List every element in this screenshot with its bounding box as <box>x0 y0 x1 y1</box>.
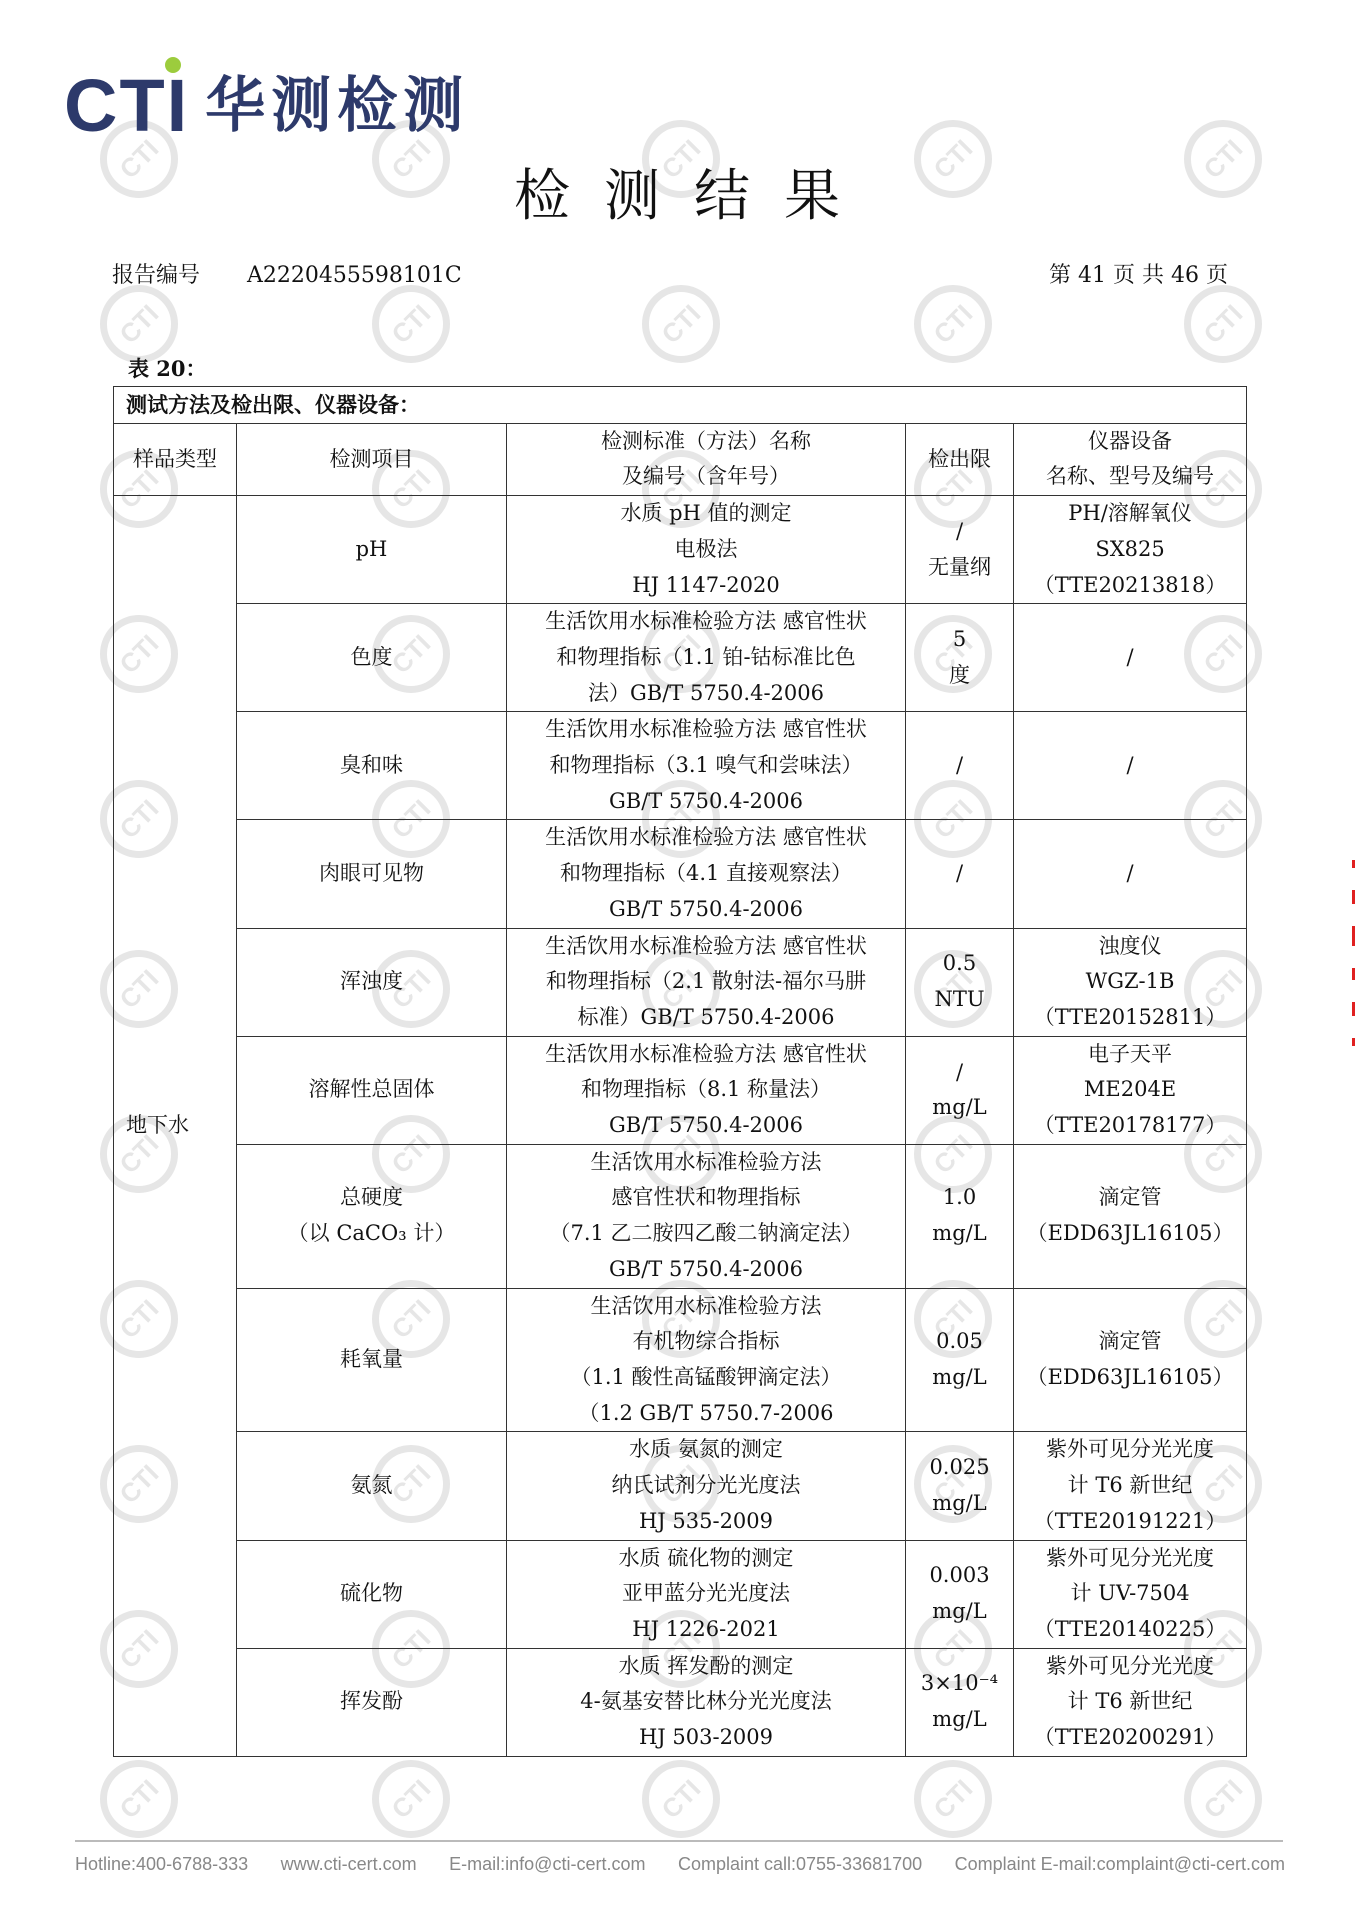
instrument-cell-line: 电子天平 <box>1018 1037 1242 1073</box>
standard-cell-line: 水质 氨氮的测定 <box>511 1432 901 1468</box>
limit-cell: / <box>906 820 1014 928</box>
standard-cell-line: HJ 1147-2020 <box>511 568 901 604</box>
instrument-cell-line: 紫外可见分光光度 <box>1018 1541 1242 1577</box>
standard-cell: 生活饮用水标准检验方法 感官性状和物理指标（4.1 直接观察法）GB/T 575… <box>507 820 906 928</box>
standard-cell-line: 生活饮用水标准检验方法 感官性状 <box>511 929 901 965</box>
limit-cell-line: 0.025 <box>910 1450 1009 1486</box>
cti-watermark-icon: CTI <box>898 269 1008 379</box>
item-cell: 浑浊度 <box>237 928 507 1036</box>
limit-cell: 5度 <box>906 604 1014 712</box>
limit-cell-line: 度 <box>910 658 1009 694</box>
footer-website[interactable]: www.cti-cert.com <box>281 1854 417 1875</box>
limit-cell-line: 0.5 <box>910 946 1009 982</box>
instrument-cell-line: 计 T6 新世纪 <box>1018 1468 1242 1504</box>
item-cell-line: 挥发酚 <box>241 1684 502 1720</box>
table-row: 地下水pH水质 pH 值的测定电极法HJ 1147-2020/无量纲PH/溶解氧… <box>114 496 1247 604</box>
standard-cell: 水质 氨氮的测定纳氏试剂分光光度法HJ 535-2009 <box>507 1432 906 1540</box>
company-logo: CTI 华测检测 <box>64 70 469 142</box>
instrument-cell-line: / <box>1018 748 1242 784</box>
instrument-cell-line: WGZ-1B <box>1018 964 1242 1000</box>
item-cell-line: 色度 <box>241 640 502 676</box>
instrument-cell-line: ME204E <box>1018 1072 1242 1108</box>
instrument-cell-line: SX825 <box>1018 532 1242 568</box>
instrument-cell: / <box>1014 820 1247 928</box>
instrument-cell-line: （TTE20152811） <box>1018 1000 1242 1036</box>
standard-cell-line: 水质 硫化物的测定 <box>511 1541 901 1577</box>
limit-cell-line: 无量纲 <box>910 550 1009 586</box>
limit-cell: 1.0mg/L <box>906 1144 1014 1288</box>
instrument-cell-line: （TTE20191221） <box>1018 1504 1242 1540</box>
cti-watermark-icon: CTI <box>626 269 736 379</box>
instrument-cell-line: （EDD63JL16105） <box>1018 1360 1242 1396</box>
standard-cell-line: （7.1 乙二胺四乙酸二钠滴定法） <box>511 1216 901 1252</box>
instrument-cell: 滴定管（EDD63JL16105） <box>1014 1288 1247 1432</box>
cti-watermark-icon: CTI <box>626 1744 736 1854</box>
header-standard-line: 及编号（含年号） <box>511 459 901 495</box>
limit-cell-line: / <box>910 1055 1009 1091</box>
instrument-cell-line: PH/溶解氧仪 <box>1018 496 1242 532</box>
instrument-cell: 紫外可见分光光度计 T6 新世纪（TTE20191221） <box>1014 1432 1247 1540</box>
instrument-cell: 紫外可见分光光度计 UV-7504（TTE20140225） <box>1014 1540 1247 1648</box>
standard-cell-line: 生活饮用水标准检验方法 <box>511 1145 901 1181</box>
standard-cell-line: GB/T 5750.4-2006 <box>511 1252 901 1288</box>
instrument-cell-line: 滴定管 <box>1018 1180 1242 1216</box>
limit-cell-line: / <box>910 748 1009 784</box>
footer-divider <box>75 1840 1283 1842</box>
table-row: 挥发酚水质 挥发酚的测定4-氨基安替比林分光光度法HJ 503-20093×10… <box>114 1648 1247 1756</box>
standard-cell-line: 生活饮用水标准检验方法 感官性状 <box>511 604 901 640</box>
standard-cell: 生活饮用水标准检验方法 感官性状和物理指标（2.1 散射法-福尔马肼标准）GB/… <box>507 928 906 1036</box>
standard-cell-line: 和物理指标（2.1 散射法-福尔马肼 <box>511 964 901 1000</box>
instrument-cell-line: 计 T6 新世纪 <box>1018 1684 1242 1720</box>
sample-type-cell: 地下水 <box>114 496 237 1757</box>
header-standard-line: 检测标准（方法）名称 <box>511 424 901 460</box>
standard-cell-line: 生活饮用水标准检验方法 感官性状 <box>511 712 901 748</box>
instrument-cell-line: / <box>1018 640 1242 676</box>
logo-dot-icon <box>165 57 181 73</box>
cti-watermark-icon: CTI <box>84 1744 194 1854</box>
item-cell-line: 浑浊度 <box>241 964 502 1000</box>
table-row: 色度生活饮用水标准检验方法 感官性状和物理指标（1.1 铂-钴标准比色法）GB/… <box>114 604 1247 712</box>
instrument-cell: 电子天平ME204E（TTE20178177） <box>1014 1036 1247 1144</box>
limit-cell-line: 5 <box>910 622 1009 658</box>
header-item: 检测项目 <box>237 423 507 495</box>
item-cell: 总硬度（以 CaCO₃ 计） <box>237 1144 507 1288</box>
cti-watermark-icon: CTI <box>356 1744 466 1854</box>
report-number: 报告编号 A2220455598101C <box>112 258 462 289</box>
limit-cell: /mg/L <box>906 1036 1014 1144</box>
standard-cell-line: HJ 1226-2021 <box>511 1612 901 1648</box>
logo-chinese-text: 华测检测 <box>205 76 469 136</box>
logo-cti-text: CTI <box>64 69 189 143</box>
standard-cell-line: GB/T 5750.4-2006 <box>511 1108 901 1144</box>
instrument-cell: 浊度仪WGZ-1B（TTE20152811） <box>1014 928 1247 1036</box>
limit-cell-line: 0.003 <box>910 1558 1009 1594</box>
standard-cell-line: 亚甲蓝分光光度法 <box>511 1576 901 1612</box>
standard-cell: 水质 pH 值的测定电极法HJ 1147-2020 <box>507 496 906 604</box>
instrument-cell: 滴定管（EDD63JL16105） <box>1014 1144 1247 1288</box>
standard-cell: 生活饮用水标准检验方法感官性状和物理指标（7.1 乙二胺四乙酸二钠滴定法）GB/… <box>507 1144 906 1288</box>
standard-cell: 水质 挥发酚的测定4-氨基安替比林分光光度法HJ 503-2009 <box>507 1648 906 1756</box>
standard-cell-line: HJ 503-2009 <box>511 1720 901 1756</box>
instrument-cell-line: （TTE20178177） <box>1018 1108 1242 1144</box>
item-cell-line: 耗氧量 <box>241 1342 502 1378</box>
limit-cell-line: / <box>910 856 1009 892</box>
instrument-cell-line: / <box>1018 856 1242 892</box>
instrument-cell-line: （TTE20213818） <box>1018 568 1242 604</box>
standard-cell-line: 生活饮用水标准检验方法 感官性状 <box>511 820 901 856</box>
table-row: 溶解性总固体生活饮用水标准检验方法 感官性状和物理指标（8.1 称量法）GB/T… <box>114 1036 1247 1144</box>
instrument-cell-line: （EDD63JL16105） <box>1018 1216 1242 1252</box>
limit-cell: 0.5NTU <box>906 928 1014 1036</box>
item-cell: 溶解性总固体 <box>237 1036 507 1144</box>
cti-watermark-icon: CTI <box>1168 1744 1278 1854</box>
limit-cell-line: mg/L <box>910 1216 1009 1252</box>
standard-cell-line: 和物理指标（4.1 直接观察法） <box>511 856 901 892</box>
instrument-cell: / <box>1014 712 1247 820</box>
standard-cell-line: GB/T 5750.4-2006 <box>511 892 901 928</box>
limit-cell: 0.05mg/L <box>906 1288 1014 1432</box>
item-cell: 耗氧量 <box>237 1288 507 1432</box>
standard-cell-line: 生活饮用水标准检验方法 <box>511 1289 901 1325</box>
footer-complaint-email[interactable]: Complaint E-mail:complaint@cti-cert.com <box>955 1854 1285 1875</box>
standard-cell-line: 水质 挥发酚的测定 <box>511 1649 901 1685</box>
standard-cell: 生活饮用水标准检验方法 感官性状和物理指标（8.1 称量法）GB/T 5750.… <box>507 1036 906 1144</box>
table-row: 浑浊度生活饮用水标准检验方法 感官性状和物理指标（2.1 散射法-福尔马肼标准）… <box>114 928 1247 1036</box>
header-instrument: 仪器设备 名称、型号及编号 <box>1014 423 1247 495</box>
footer-complaint-call: Complaint call:0755-33681700 <box>678 1854 922 1875</box>
limit-cell-line: 0.05 <box>910 1324 1009 1360</box>
instrument-cell-line: 紫外可见分光光度 <box>1018 1649 1242 1685</box>
instrument-cell: 紫外可见分光光度计 T6 新世纪（TTE20200291） <box>1014 1648 1247 1756</box>
limit-cell: /无量纲 <box>906 496 1014 604</box>
item-cell: 挥发酚 <box>237 1648 507 1756</box>
header-instrument-line: 名称、型号及编号 <box>1018 459 1242 495</box>
standard-cell: 生活饮用水标准检验方法有机物综合指标（1.1 酸性高锰酸钾滴定法）（1.2 GB… <box>507 1288 906 1432</box>
table-row: 总硬度（以 CaCO₃ 计）生活饮用水标准检验方法感官性状和物理指标（7.1 乙… <box>114 1144 1247 1288</box>
standard-cell-line: 有机物综合指标 <box>511 1324 901 1360</box>
table-caption: 表 20： <box>128 353 207 383</box>
instrument-cell-line: （TTE20140225） <box>1018 1612 1242 1648</box>
limit-cell-line: mg/L <box>910 1486 1009 1522</box>
standard-cell-line: 水质 pH 值的测定 <box>511 496 901 532</box>
limit-cell-line: 1.0 <box>910 1180 1009 1216</box>
limit-cell-line: NTU <box>910 982 1009 1018</box>
footer: Hotline:400-6788-333 www.cti-cert.com E-… <box>75 1854 1285 1875</box>
instrument-cell-line: 滴定管 <box>1018 1324 1242 1360</box>
standard-cell: 生活饮用水标准检验方法 感官性状和物理指标（1.1 铂-钴标准比色法）GB/T … <box>507 604 906 712</box>
seal-edge-marks <box>1352 860 1355 1068</box>
footer-email[interactable]: E-mail:info@cti-cert.com <box>449 1854 645 1875</box>
instrument-cell-line: （TTE20200291） <box>1018 1720 1242 1756</box>
standard-cell: 水质 硫化物的测定亚甲蓝分光光度法HJ 1226-2021 <box>507 1540 906 1648</box>
standard-cell-line: 标准）GB/T 5750.4-2006 <box>511 1000 901 1036</box>
limit-cell: 0.003mg/L <box>906 1540 1014 1648</box>
item-cell-line: 氨氮 <box>241 1468 502 1504</box>
report-number-label: 报告编号 <box>112 263 200 288</box>
limit-cell-line: / <box>910 514 1009 550</box>
item-cell-line: 溶解性总固体 <box>241 1072 502 1108</box>
limit-cell: 3×10⁻⁴mg/L <box>906 1648 1014 1756</box>
instrument-cell-line: 浊度仪 <box>1018 929 1242 965</box>
standard-cell-line: 4-氨基安替比林分光光度法 <box>511 1684 901 1720</box>
item-cell-line: pH <box>241 532 502 568</box>
standard-cell-line: 感官性状和物理指标 <box>511 1180 901 1216</box>
footer-hotline: Hotline:400-6788-333 <box>75 1854 248 1875</box>
standard-cell-line: （1.2 GB/T 5750.7-2006 <box>511 1396 901 1432</box>
limit-cell: 0.025mg/L <box>906 1432 1014 1540</box>
table-row: 氨氮水质 氨氮的测定纳氏试剂分光光度法HJ 535-20090.025mg/L紫… <box>114 1432 1247 1540</box>
item-cell-line: （以 CaCO₃ 计） <box>241 1216 502 1252</box>
cti-watermark-icon: CTI <box>898 1744 1008 1854</box>
item-cell: 臭和味 <box>237 712 507 820</box>
item-cell: 色度 <box>237 604 507 712</box>
item-cell-line: 硫化物 <box>241 1576 502 1612</box>
instrument-cell-line: 紫外可见分光光度 <box>1018 1432 1242 1468</box>
standard-cell-line: 生活饮用水标准检验方法 感官性状 <box>511 1037 901 1073</box>
header-standard: 检测标准（方法）名称 及编号（含年号） <box>507 423 906 495</box>
page-title: 检测结果 <box>0 152 1358 232</box>
item-cell-line: 总硬度 <box>241 1180 502 1216</box>
methods-table: 测试方法及检出限、仪器设备： 样品类型 检测项目 检测标准（方法）名称 及编号（… <box>113 386 1247 1757</box>
standard-cell-line: 纳氏试剂分光光度法 <box>511 1468 901 1504</box>
standard-cell-line: 和物理指标（1.1 铂-钴标准比色 <box>511 640 901 676</box>
item-cell: 氨氮 <box>237 1432 507 1540</box>
standard-cell-line: 和物理指标（3.1 嗅气和尝味法） <box>511 748 901 784</box>
item-cell: pH <box>237 496 507 604</box>
standard-cell-line: 电极法 <box>511 532 901 568</box>
table-row: 肉眼可见物生活饮用水标准检验方法 感官性状和物理指标（4.1 直接观察法）GB/… <box>114 820 1247 928</box>
standard-cell-line: 法）GB/T 5750.4-2006 <box>511 676 901 712</box>
section-title-row: 测试方法及检出限、仪器设备： <box>114 387 1247 424</box>
instrument-cell-line: 计 UV-7504 <box>1018 1576 1242 1612</box>
item-cell-line: 臭和味 <box>241 748 502 784</box>
page-info: 第 41 页 共 46 页 <box>1049 258 1228 289</box>
standard-cell-line: （1.1 酸性高锰酸钾滴定法） <box>511 1360 901 1396</box>
standard-cell-line: GB/T 5750.4-2006 <box>511 784 901 820</box>
standard-cell: 生活饮用水标准检验方法 感官性状和物理指标（3.1 嗅气和尝味法）GB/T 57… <box>507 712 906 820</box>
report-number-value: A2220455598101C <box>247 263 462 288</box>
standard-cell-line: 和物理指标（8.1 称量法） <box>511 1072 901 1108</box>
header-sample-type: 样品类型 <box>114 423 237 495</box>
item-cell-line: 肉眼可见物 <box>241 856 502 892</box>
instrument-cell: PH/溶解氧仪SX825（TTE20213818） <box>1014 496 1247 604</box>
limit-cell-line: mg/L <box>910 1360 1009 1396</box>
table-row: 耗氧量生活饮用水标准检验方法有机物综合指标（1.1 酸性高锰酸钾滴定法）（1.2… <box>114 1288 1247 1432</box>
table-row: 硫化物水质 硫化物的测定亚甲蓝分光光度法HJ 1226-20210.003mg/… <box>114 1540 1247 1648</box>
limit-cell-line: mg/L <box>910 1594 1009 1630</box>
header-limit: 检出限 <box>906 423 1014 495</box>
standard-cell-line: HJ 535-2009 <box>511 1504 901 1540</box>
item-cell: 硫化物 <box>237 1540 507 1648</box>
limit-cell: / <box>906 712 1014 820</box>
section-title: 测试方法及检出限、仪器设备： <box>114 387 1247 424</box>
logo-latin: CTI <box>64 64 189 147</box>
limit-cell-line: mg/L <box>910 1090 1009 1126</box>
header-row: 样品类型 检测项目 检测标准（方法）名称 及编号（含年号） 检出限 仪器设备 名… <box>114 423 1247 495</box>
table-row: 臭和味生活饮用水标准检验方法 感官性状和物理指标（3.1 嗅气和尝味法）GB/T… <box>114 712 1247 820</box>
limit-cell-line: mg/L <box>910 1702 1009 1738</box>
instrument-cell: / <box>1014 604 1247 712</box>
limit-cell-line: 3×10⁻⁴ <box>910 1666 1009 1702</box>
header-instrument-line: 仪器设备 <box>1018 424 1242 460</box>
item-cell: 肉眼可见物 <box>237 820 507 928</box>
